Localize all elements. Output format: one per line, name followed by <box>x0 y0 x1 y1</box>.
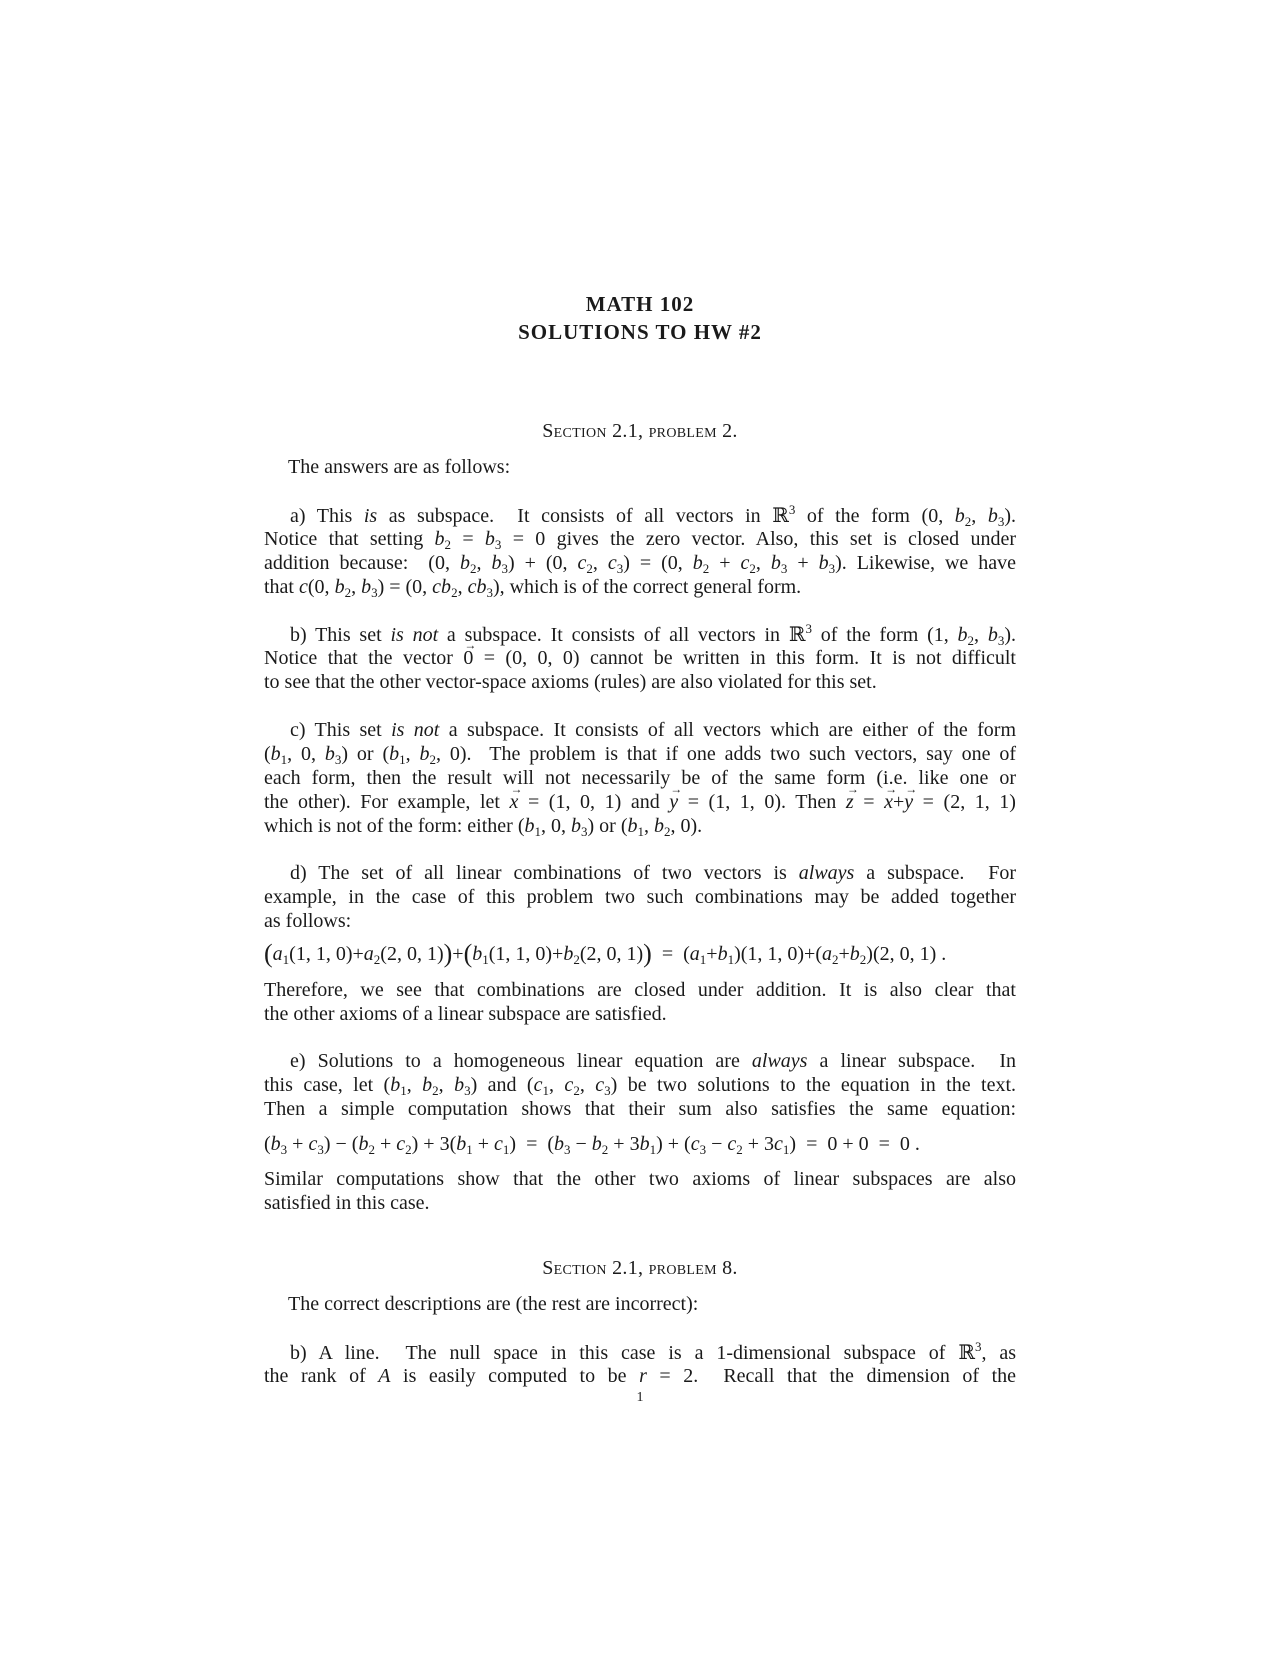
part-c-line-4: the other). For example, let x = (1, 0, … <box>264 790 1016 815</box>
part-e-equation: (b3 + c3) − (b2 + c2) + 3(b1 + c1) = (b3… <box>264 1130 1024 1158</box>
problem-8-part-b-line-2: the rank of A is easily computed to be r… <box>264 1364 1016 1389</box>
part-b-line-2: Notice that the vector 0 = (0, 0, 0) can… <box>264 646 1016 671</box>
part-d-after-line-2: the other axioms of a linear subspace ar… <box>264 1002 1016 1027</box>
part-e-line-1: e) Solutions to a homogeneous linear equ… <box>264 1049 1016 1074</box>
section-intro: The answers are as follows: <box>288 455 1040 480</box>
part-c-line-1: c) This set is not a subspace. It consis… <box>264 718 1016 743</box>
document-subtitle: SOLUTIONS TO HW #2 <box>264 320 1016 345</box>
section-heading-problem-2: Section 2.1, problem 2. <box>264 420 1016 443</box>
problem-8-part-b-line-1: b) A line. The null space in this case i… <box>264 1340 1016 1366</box>
part-a-line-4: that c(0, b2, b3) = (0, cb2, cb3), which… <box>264 575 1016 600</box>
part-b-line-1: b) This set is not a subspace. It consis… <box>264 622 1016 648</box>
part-c-line-3: each form, then the result will not nece… <box>264 766 1016 791</box>
part-a-line-1: a) This is as subspace. It consists of a… <box>264 503 1016 529</box>
part-e-after-line-2: satisfied in this case. <box>264 1191 1016 1216</box>
part-d-after-line-1: Therefore, we see that combinations are … <box>264 978 1016 1003</box>
part-d-equation: (a1(1, 1, 0)+a2(2, 0, 1))+(b1(1, 1, 0)+b… <box>264 940 1024 968</box>
page-number: 1 <box>264 1390 1016 1406</box>
section-2-intro: The correct descriptions are (the rest a… <box>288 1292 1040 1317</box>
part-c-line-2: (b1, 0, b3) or (b1, b2, 0). The problem … <box>264 742 1016 767</box>
part-e-line-2: this case, let (b1, b2, b3) and (c1, c2,… <box>264 1073 1016 1098</box>
course-title: MATH 102 <box>264 292 1016 317</box>
part-b-line-3: to see that the other vector-space axiom… <box>264 670 1016 695</box>
part-d-line-2: example, in the case of this problem two… <box>264 885 1016 910</box>
part-c-line-5: which is not of the form: either (b1, 0,… <box>264 814 1016 839</box>
part-e-line-3: Then a simple computation shows that the… <box>264 1097 1016 1122</box>
part-a-line-2: Notice that setting b2 = b3 = 0 gives th… <box>264 527 1016 552</box>
section-heading-problem-8: Section 2.1, problem 8. <box>264 1257 1016 1280</box>
part-a-line-3: addition because: (0, b2, b3) + (0, c2, … <box>264 551 1016 576</box>
part-e-after-line-1: Similar computations show that the other… <box>264 1167 1016 1192</box>
part-d-line-3: as follows: <box>264 909 1016 934</box>
part-d-line-1: d) The set of all linear combinations of… <box>264 861 1016 886</box>
